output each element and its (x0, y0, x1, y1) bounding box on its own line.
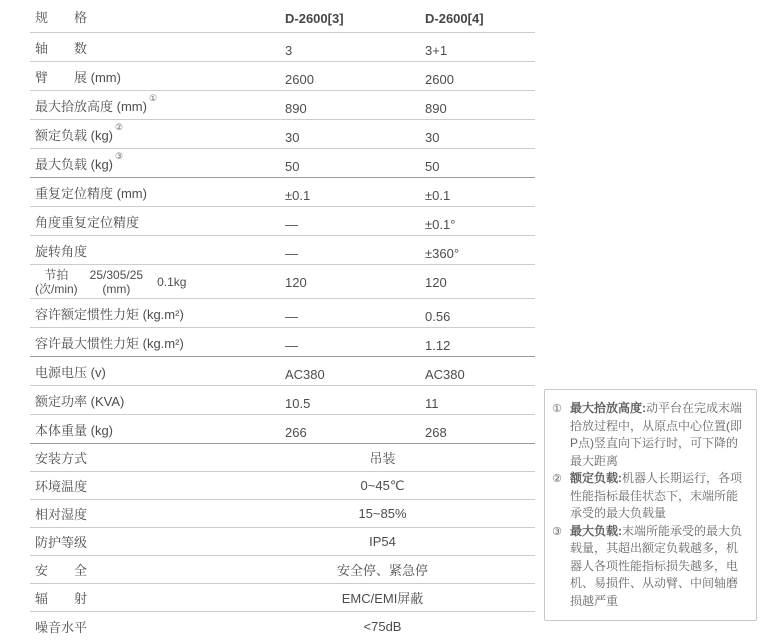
spec-value-1: — (285, 338, 425, 353)
spec-label-text: 规 格 (35, 10, 87, 25)
table-row: 防护等级IP54 (30, 528, 535, 556)
spec-value-merged: 安全停、紧急停 (285, 560, 480, 579)
table-row: 安 全安全停、紧急停 (30, 556, 535, 584)
cycle-stroke: 25/305/25(mm) (90, 268, 143, 296)
spec-value-2: ±0.1° (425, 217, 535, 232)
table-row: 本体重量 (kg)266268 (30, 415, 535, 444)
spec-label: 重复定位精度 (mm) (30, 183, 285, 202)
spec-value-merged: <75dB (285, 619, 480, 634)
spec-value-2: 50 (425, 159, 535, 174)
spec-label: 额定负载 (kg)② (30, 125, 285, 144)
spec-value-2: 30 (425, 130, 535, 145)
spec-value-2: ±360° (425, 246, 535, 261)
spec-value-1: 30 (285, 130, 425, 145)
cycle-stroke-value: 25/305/25 (90, 268, 143, 282)
spec-value-1: AC380 (285, 367, 425, 382)
spec-value-merged: 0~45℃ (285, 478, 480, 494)
spec-value-1: — (285, 217, 425, 232)
spec-label: 容许额定惯性力矩 (kg.m²) (30, 304, 285, 323)
spec-value-2: 2600 (425, 72, 535, 87)
spec-value-1: — (285, 246, 425, 261)
spec-label: 电源电压 (v) (30, 362, 285, 381)
table-row: 容许额定惯性力矩 (kg.m²)—0.56 (30, 299, 535, 328)
spec-value-2: ±0.1 (425, 188, 535, 203)
table-row: 轴 数33+1 (30, 33, 535, 62)
spec-value-2: D-2600[4] (425, 11, 535, 26)
spec-value-merged: 15~85% (285, 506, 480, 521)
footnote-item: ①最大拾放高度:动平台在完成末端拾放过程中，从原点中心位置(即P点)竖直向下运行… (552, 400, 748, 470)
table-row: 角度重复定位精度—±0.1° (30, 207, 535, 236)
spec-value-1: 890 (285, 101, 425, 116)
spec-label: 本体重量 (kg) (30, 420, 285, 439)
table-row: 容许最大惯性力矩 (kg.m²)—1.12 (30, 328, 535, 357)
spec-label: 防护等级 (30, 532, 285, 551)
table-row: 规 格D-2600[3]D-2600[4] (30, 0, 535, 33)
spec-value-2: 11 (425, 396, 535, 411)
spec-label: 旋转角度 (30, 241, 285, 260)
cycle-stroke-unit: (mm) (102, 282, 130, 296)
table-row: 电源电压 (v)AC380AC380 (30, 357, 535, 386)
table-row: 臂 展 (mm)26002600 (30, 62, 535, 91)
spec-label: 噪音水平 (30, 617, 285, 636)
spec-label: 最大负载 (kg)③ (30, 154, 285, 173)
spec-label-text: 容许额定惯性力矩 (kg.m²) (35, 307, 184, 322)
spec-value-1: D-2600[3] (285, 11, 425, 26)
spec-page: 规 格D-2600[3]D-2600[4]轴 数33+1臂 展 (mm)2600… (0, 0, 769, 641)
spec-label: 安装方式 (30, 448, 285, 467)
spec-label: 相对湿度 (30, 504, 285, 523)
cycle-label-unit: (次/min) (35, 282, 78, 296)
spec-label-text: 臂 展 (mm) (35, 70, 121, 85)
spec-label: 最大拾放高度 (mm)① (30, 96, 285, 115)
table-row: 最大拾放高度 (mm)①890890 (30, 91, 535, 120)
spec-table: 规 格D-2600[3]D-2600[4]轴 数33+1臂 展 (mm)2600… (30, 0, 535, 640)
spec-label: 节拍(次/min)25/305/25(mm)0.1kg (30, 268, 285, 296)
spec-value-1: — (285, 309, 425, 324)
table-row: 节拍(次/min)25/305/25(mm)0.1kg120120 (30, 265, 535, 299)
table-row: 相对湿度15~85% (30, 500, 535, 528)
footnote-marker: ③ (115, 151, 123, 161)
spec-value-1: 2600 (285, 72, 425, 87)
spec-label: 辐 射 (30, 588, 285, 607)
spec-value-2: 120 (425, 275, 535, 290)
spec-value-2: AC380 (425, 367, 535, 382)
spec-value-2: 0.56 (425, 309, 535, 324)
footnote-marker: ① (149, 93, 157, 103)
spec-value-1: 266 (285, 425, 425, 440)
spec-label: 角度重复定位精度 (30, 212, 285, 231)
spec-value-1: 3 (285, 43, 425, 58)
footnote-marker: ② (115, 122, 123, 132)
spec-value-1: 10.5 (285, 396, 425, 411)
spec-label-text: 旋转角度 (35, 244, 87, 259)
spec-label-text: 电源电压 (v) (35, 365, 106, 380)
cycle-label-left: 节拍(次/min) (35, 268, 78, 296)
table-row: 重复定位精度 (mm)±0.1±0.1 (30, 178, 535, 207)
spec-label-text: 额定负载 (kg) (35, 128, 113, 143)
table-row: 安装方式吊装 (30, 444, 535, 472)
table-row: 辐 射EMC/EMI屏蔽 (30, 584, 535, 612)
footnote-text: 最大拾放高度:动平台在完成末端拾放过程中，从原点中心位置(即P点)竖直向下运行时… (570, 400, 748, 470)
spec-value-1: 50 (285, 159, 425, 174)
footnote-term: 最大负载: (570, 524, 622, 538)
footnote-text: 最大负载:末端所能承受的最大负载量，其超出额定负载越多，机器人各项性能指标损失越… (570, 523, 748, 611)
footnote-text: 额定负载:机器人长期运行，各项性能指标最佳状态下，末端所能承受的最大负载量 (570, 470, 748, 523)
spec-value-2: 1.12 (425, 338, 535, 353)
spec-value-1: 120 (285, 275, 425, 290)
footnote-item: ③最大负载:末端所能承受的最大负载量，其超出额定负载越多，机器人各项性能指标损失… (552, 523, 748, 611)
spec-value-1: ±0.1 (285, 188, 425, 203)
footnote-item: ②额定负载:机器人长期运行，各项性能指标最佳状态下，末端所能承受的最大负载量 (552, 470, 748, 523)
footnote-box: ①最大拾放高度:动平台在完成末端拾放过程中，从原点中心位置(即P点)竖直向下运行… (544, 389, 757, 621)
spec-label-text: 最大负载 (kg) (35, 157, 113, 172)
table-row: 环境温度0~45℃ (30, 472, 535, 500)
cycle-label-top: 节拍 (44, 268, 68, 282)
spec-label-text: 额定功率 (KVA) (35, 394, 124, 409)
spec-label: 轴 数 (30, 38, 285, 57)
spec-label: 臂 展 (mm) (30, 67, 285, 86)
footnote-number: ② (552, 470, 570, 523)
spec-value-2: 890 (425, 101, 535, 116)
spec-label-text: 重复定位精度 (mm) (35, 186, 147, 201)
spec-label: 容许最大惯性力矩 (kg.m²) (30, 333, 285, 352)
spec-label: 环境温度 (30, 476, 285, 495)
cycle-payload: 0.1kg (157, 275, 186, 289)
spec-label: 安 全 (30, 560, 285, 579)
spec-value-2: 3+1 (425, 43, 535, 58)
spec-label-text: 容许最大惯性力矩 (kg.m²) (35, 336, 184, 351)
table-row: 旋转角度—±360° (30, 236, 535, 265)
spec-value-merged: IP54 (285, 534, 480, 549)
footnote-number: ① (552, 400, 570, 470)
spec-label-text: 角度重复定位精度 (35, 215, 139, 230)
table-row: 额定负载 (kg)②3030 (30, 120, 535, 149)
spec-value-2: 268 (425, 425, 535, 440)
table-row: 额定功率 (KVA)10.511 (30, 386, 535, 415)
spec-value-merged: EMC/EMI屏蔽 (285, 588, 480, 607)
spec-label-text: 最大拾放高度 (mm) (35, 99, 147, 114)
footnote-number: ③ (552, 523, 570, 611)
spec-label-text: 轴 数 (35, 41, 87, 56)
table-row: 噪音水平<75dB (30, 612, 535, 640)
spec-label: 额定功率 (KVA) (30, 391, 285, 410)
table-row: 最大负载 (kg)③5050 (30, 149, 535, 178)
footnote-term: 最大拾放高度: (570, 401, 646, 415)
spec-label: 规 格 (30, 7, 285, 26)
footnote-term: 额定负载: (570, 471, 622, 485)
spec-label-text: 本体重量 (kg) (35, 423, 113, 438)
spec-value-merged: 吊装 (285, 448, 480, 467)
